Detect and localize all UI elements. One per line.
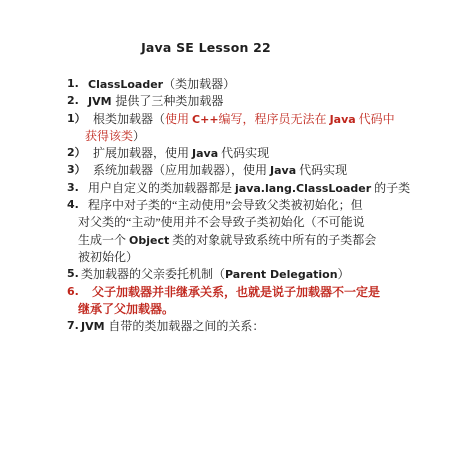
line-text: 类加载器的父亲委托机制（Parent Delegation） — [81, 265, 350, 283]
text-segment: 根类加载器（ — [93, 112, 165, 126]
text-segment: 代码中 — [356, 112, 395, 126]
document-line: 6.父子加载器并非继承关系，也就是说子加载器不一定是 — [0, 283, 453, 300]
text-segment: 自带的类加载器之间的关系： — [108, 319, 264, 333]
text-segment: ） — [133, 129, 145, 143]
document-line: 生成一个 Object 类的对象就导致系统中所有的子类都会 — [0, 231, 453, 248]
document-line: 被初始化） — [0, 248, 453, 265]
document-line: 1.ClassLoader（类加载器） — [0, 75, 453, 92]
list-marker: 7. — [67, 317, 79, 334]
text-segment: 使用 — [165, 112, 192, 126]
text-segment: 获得该类 — [85, 129, 133, 143]
document-line: 1）根类加载器（使用 C++编写，程序员无法在 Java 代码中 — [0, 110, 453, 127]
list-marker: 6. — [67, 283, 79, 300]
document-line: 3.用户自定义的类加载器都是 java.lang.ClassLoader 的子类 — [0, 179, 453, 196]
text-segment: Object — [129, 234, 169, 247]
text-segment: Parent Delegation — [225, 268, 338, 281]
document-line: 继承了父加载器。 — [0, 300, 453, 317]
document-line: 3）系统加载器（应用加载器），使用 Java 代码实现 — [0, 161, 453, 178]
text-segment: 扩展加载器，使用 — [93, 146, 192, 160]
document-line: 对父类的“主动”使用并不会导致子类初始化（不可能说 — [0, 213, 453, 230]
list-marker: 2） — [67, 144, 86, 161]
line-text: JVM 自带的类加载器之间的关系： — [81, 317, 264, 335]
text-segment: 编写，程序员无法在 — [219, 112, 330, 126]
text-segment: JVM — [81, 320, 108, 333]
text-segment: 提供了三种类加载器 — [115, 94, 223, 108]
text-segment: 被初始化） — [78, 250, 138, 264]
document-line: 7.JVM 自带的类加载器之间的关系： — [0, 317, 453, 334]
list-marker: 3. — [67, 179, 79, 196]
document-line: 4.程序中对子类的“主动使用”会导致父类被初始化；但 — [0, 196, 453, 213]
text-segment: （类加载器） — [163, 77, 235, 91]
text-segment: 用户自定义的类加载器都是 — [88, 181, 235, 195]
text-segment: 类加载器的父亲委托机制（ — [81, 267, 225, 281]
text-segment: 代码实现 — [218, 146, 269, 160]
text-segment: JVM — [88, 95, 115, 108]
text-segment: 代码实现 — [296, 163, 347, 177]
list-marker: 2. — [67, 92, 79, 109]
text-segment: 类的对象就导致系统中所有的子类都会 — [169, 233, 376, 247]
text-segment: 程序中对子类的“主动使用”会导致父类被初始化；但 — [88, 198, 363, 212]
text-segment: 对父类的“主动”使用并不会导致子类初始化（不可能说 — [78, 215, 365, 229]
line-text: 根类加载器（使用 C++编写，程序员无法在 Java 代码中 — [93, 110, 395, 128]
text-segment: Java — [270, 164, 296, 177]
line-text: 继承了父加载器。 — [78, 300, 174, 318]
list-marker: 5. — [67, 265, 79, 282]
line-text: 用户自定义的类加载器都是 java.lang.ClassLoader 的子类 — [88, 179, 410, 197]
line-text: 获得该类） — [85, 127, 145, 145]
text-segment: java.lang.ClassLoader — [235, 182, 371, 195]
line-text: 对父类的“主动”使用并不会导致子类初始化（不可能说 — [78, 213, 365, 231]
document-line: 5.类加载器的父亲委托机制（Parent Delegation） — [0, 265, 453, 282]
list-marker: 1） — [67, 110, 86, 127]
text-segment: 系统加载器（应用加载器），使用 — [93, 163, 270, 177]
list-marker: 4. — [67, 196, 79, 213]
text-segment: 的子类 — [371, 181, 410, 195]
text-segment: ） — [338, 267, 350, 281]
text-segment: 继承了父加载器。 — [78, 302, 174, 316]
line-text: 扩展加载器，使用 Java 代码实现 — [93, 144, 269, 162]
text-segment: ClassLoader — [88, 78, 163, 91]
list-marker: 1. — [67, 75, 79, 92]
document-title: Java SE Lesson 22 — [0, 40, 412, 55]
text-segment: 生成一个 — [78, 233, 129, 247]
list-marker: 3） — [67, 161, 86, 178]
document-line: 2.JVM 提供了三种类加载器 — [0, 92, 453, 109]
document-page: Java SE Lesson 22 1.ClassLoader（类加载器）2.J… — [0, 0, 453, 453]
text-segment: Java — [330, 113, 356, 126]
document-lines: 1.ClassLoader（类加载器）2.JVM 提供了三种类加载器1）根类加载… — [0, 75, 453, 334]
line-text: 父子加载器并非继承关系，也就是说子加载器不一定是 — [92, 283, 380, 301]
line-text: JVM 提供了三种类加载器 — [88, 92, 223, 110]
text-segment: Java — [192, 147, 218, 160]
line-text: 程序中对子类的“主动使用”会导致父类被初始化；但 — [88, 196, 363, 214]
line-text: ClassLoader（类加载器） — [88, 75, 235, 93]
document-line: 2）扩展加载器，使用 Java 代码实现 — [0, 144, 453, 161]
line-text: 被初始化） — [78, 248, 138, 266]
text-segment: C++ — [192, 113, 219, 126]
line-text: 系统加载器（应用加载器），使用 Java 代码实现 — [93, 161, 347, 179]
text-segment: 父子加载器并非继承关系，也就是说子加载器不一定是 — [92, 285, 380, 299]
line-text: 生成一个 Object 类的对象就导致系统中所有的子类都会 — [78, 231, 376, 249]
document-line: 获得该类） — [0, 127, 453, 144]
